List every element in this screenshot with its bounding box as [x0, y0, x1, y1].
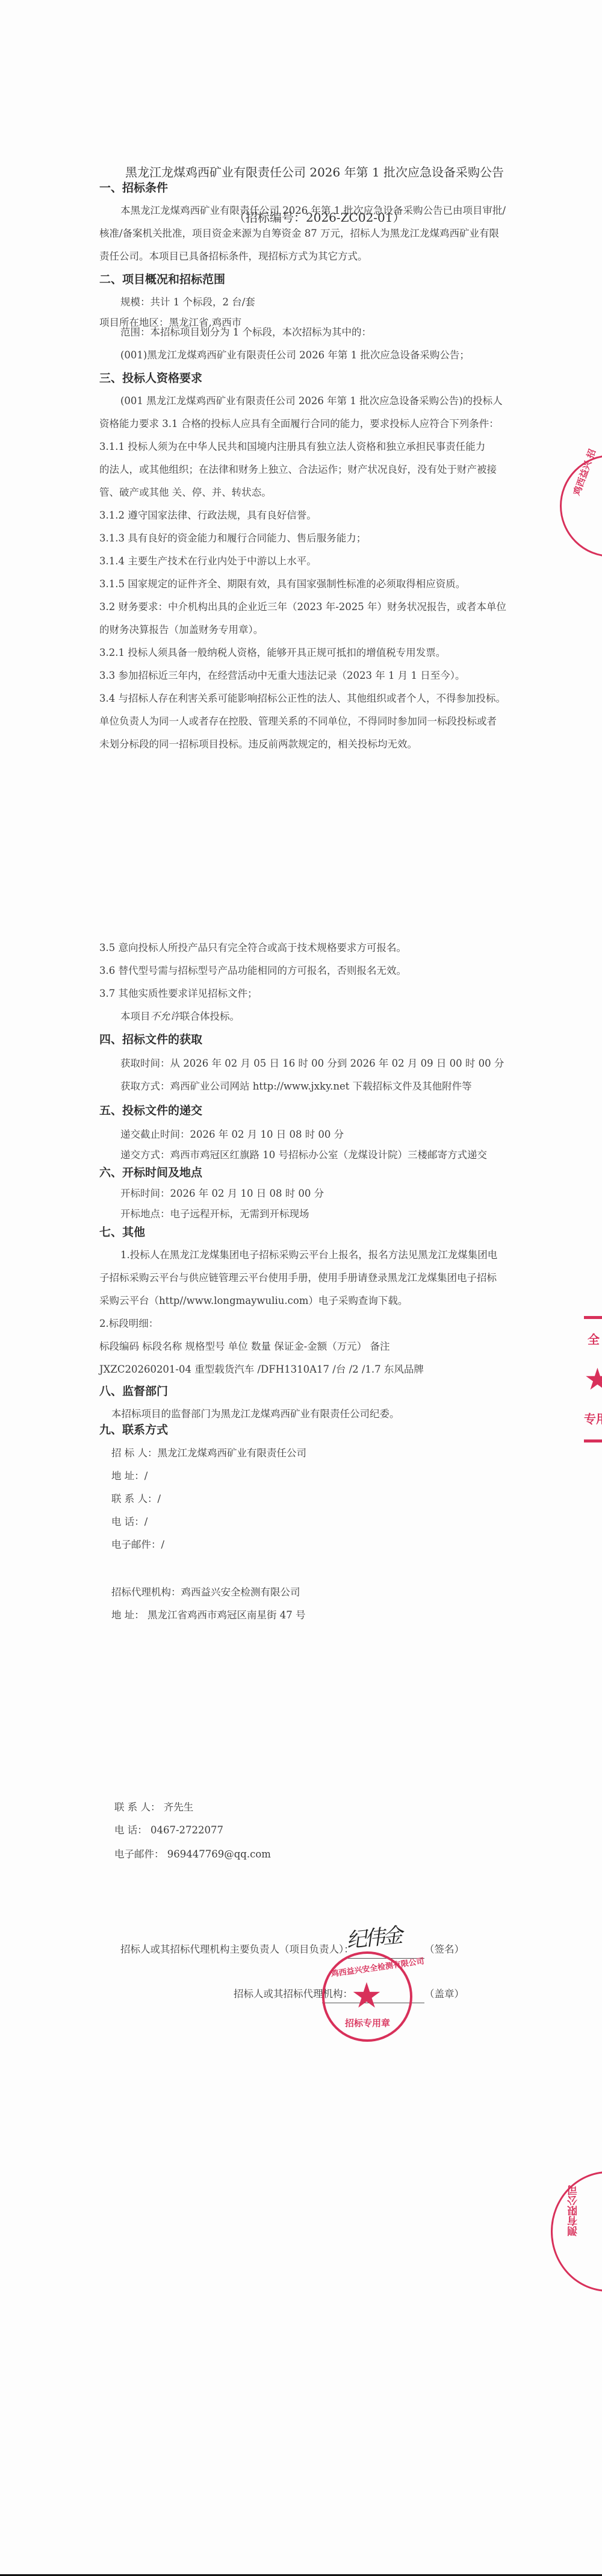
other-line: 子招标采购云平台与供应链管理云平台使用手册，使用手册请登录黑龙江龙煤集团电子招标	[99, 1271, 497, 1285]
qualification-line: 3.3 参加招标近三年内，在经营活动中无重大违法记录（2023 年 1 月 1 …	[99, 669, 465, 682]
edge-seal-2-top: 全	[588, 1330, 600, 1347]
section-1-line: 本黑龙江龙煤鸡西矿业有限责任公司 2026 年第 1 批次应急设备采购公告已由项…	[120, 204, 506, 217]
lot-table-header: 标段编码 标段名称 规格型号 单位 数量 保证金-金额（万元） 备注	[99, 1340, 390, 1353]
consortium-not-allowed: 不允许	[150, 1011, 181, 1022]
section-1-line: 责任公司。本项目已具备招标条件，现招标方式为其它方式。	[99, 250, 368, 263]
qualification-line: 3.1.3 具有良好的资金能力和履行合同能力、售后服务能力；	[99, 532, 366, 545]
agency-address: 地 址： 黑龙江省鸡西市鸡冠区南星街 47 号	[111, 1609, 305, 1622]
document-page: 黑龙江龙煤鸡西矿业有限责任公司 2026 年第 1 批次应急设备采购公告 （招标…	[0, 0, 602, 2576]
qualification-line: 3.1.4 主要生产技术在行业内处于中游以上水平。	[99, 555, 317, 568]
qualification-line: 管、破产或其他 关、停、并、转状态。	[99, 486, 272, 499]
opening-time: 开标时间：2026 年 02 月 10 日 08 时 00 分	[120, 1187, 324, 1200]
signature-suffix: （签名）	[424, 1943, 464, 1956]
seal-suffix: （盖章）	[424, 1988, 464, 2001]
submission-deadline: 递交截止时间：2026 年 02 月 10 日 08 时 00 分	[120, 1128, 344, 1141]
consortium-prefix: 本项目	[120, 1011, 150, 1022]
qualification-line: 资格能力要求 3.1 合格的投标人应具有全面履行合同的能力，要求投标人应符合下列…	[99, 417, 499, 431]
lot-text: (001)黑龙江龙煤鸡西矿业有限责任公司 2026 年第 1 批次应急设备采购公…	[120, 349, 470, 362]
acquisition-method: 获取方式：鸡西矿业公司网站 http://www.jxky.net 下载招标文件…	[120, 1080, 472, 1093]
other-line: 采购云平台（http//www.longmaywuliu.com）电子采购查询下…	[99, 1294, 408, 1308]
acquisition-time: 获取时间：从 2026 年 02 月 05 日 16 时 00 分到 2026 …	[120, 1057, 504, 1070]
tenderer-email: 电子邮件：/	[111, 1538, 164, 1552]
qualification-line: 3.2 财务要求：中介机构出具的企业近三年（2023 年-2025 年）财务状况…	[99, 600, 506, 614]
section-4-heading: 四、招标文件的获取	[99, 1033, 202, 1046]
scope-text: 范围：本招标项目划分为 1 个标段，本次招标为其中的：	[120, 326, 371, 339]
qualification-line: 3.6 替代型号需与招标型号产品功能相同的方可报名，否则报名无效。	[99, 964, 406, 978]
qualification-line: 的财务决算报告（加盖财务专用章）。	[99, 623, 263, 637]
qualification-line: 未划分标段的同一招标项目投标。违反前两款规定的，相关投标均无效。	[99, 738, 417, 751]
qualification-line: 3.1.2 遵守国家法律、行政法规，具有良好信誉。	[99, 509, 317, 522]
edge-seal-1-text: 鸡西益兴 招	[570, 448, 598, 497]
agency-phone: 电 话： 0467-2722077	[114, 1824, 223, 1837]
submission-method: 递交方式：鸡西市鸡冠区红旗路 10 号招标办公室（龙煤设计院）三楼邮寄方式递交	[120, 1149, 487, 1162]
section-1-line: 核准/备案机关批准，项目资金来源为自筹资金 87 万元，招标人为黑龙江龙煤鸡西矿…	[99, 227, 499, 240]
edge-seal-1: 鸡西益兴 招	[560, 455, 602, 557]
section-1-heading: 一、招标条件	[99, 181, 168, 195]
qualification-line: 3.1.5 国家规定的证件齐全、期限有效，具有国家强制性标准的必须取得相应资质。	[99, 578, 465, 591]
edge-seal-2-bottom: 专用	[584, 1409, 602, 1427]
agency-contact: 联 系 人： 齐先生	[114, 1801, 193, 1814]
other-line: 1.投标人在黑龙江龙煤集团电子招标采购云平台上报名，报名方法见黑龙江龙煤集团电	[120, 1249, 497, 1262]
qualification-line: 3.2.1 投标人须具备一般纳税人资格，能够开具正规可抵扣的增值税专用发票。	[99, 646, 445, 660]
consortium-suffix: 联合体投标。	[180, 1011, 240, 1022]
edge-seal-3-text: 测有限公司	[566, 2185, 581, 2236]
signature-head-label: 招标人或其招标代理机构主要负责人（项目负责人）：	[120, 1943, 354, 1956]
section-3-heading: 三、投标人资格要求	[99, 372, 202, 385]
section-6-heading: 六、开标时间及地点	[99, 1166, 202, 1179]
scale-text: 规模：共计 1 个标段，2 台/套	[120, 296, 255, 309]
qualification-line: (001 黑龙江龙煤鸡西矿业有限责任公司 2026 年第 1 批次应急设备采购公…	[120, 395, 503, 408]
edge-seal-3: 测有限公司	[551, 2171, 602, 2292]
qualification-line: 的法人，或其他组织；在法律和财务上独立、合法运作；财产状况良好，没有处于财产被接	[99, 463, 497, 476]
qualification-line: 3.4 与招标人存在利害关系可能影响招标公正性的法人、其他组织或者个人，不得参加…	[99, 692, 506, 705]
agency-name: 招标代理机构：鸡西益兴安全检测有限公司	[111, 1586, 300, 1599]
qualification-line: 3.1.1 投标人须为在中华人民共和国境内注册具有独立法人资格和独立承担民事责任…	[99, 440, 485, 454]
agency-email: 电子邮件： 969447769@qq.com	[114, 1848, 271, 1861]
edge-seal-2-star-icon: ★	[584, 1364, 602, 1394]
tenderer-contact: 联 系 人：/	[111, 1492, 161, 1506]
section-8-heading: 八、监督部门	[99, 1385, 168, 1398]
tenderer-name: 招 标 人：黑龙江龙煤鸡西矿业有限责任公司	[111, 1447, 306, 1460]
lot-table-row: JXZC20260201-04 重型载货汽车 /DFH1310A17 /台 /2…	[99, 1363, 424, 1376]
supervision-text: 本招标项目的监督部门为黑龙江龙煤鸡西矿业有限责任公司纪委。	[111, 1408, 400, 1421]
agency-seal: ★ 鸡西益兴安全检测有限公司 招标专用章	[322, 1951, 412, 2042]
document-title: 黑龙江龙煤鸡西矿业有限责任公司 2026 年第 1 批次应急设备采购公告	[125, 166, 504, 179]
tenderer-address: 地 址：/	[111, 1470, 147, 1483]
seal-inner-text: 招标专用章	[345, 2016, 390, 2029]
edge-seal-2: 全 ★ 专用	[584, 1316, 602, 1442]
consortium-statement: 本项目不允许联合体投标。	[120, 1010, 240, 1023]
section-7-heading: 七、其他	[99, 1226, 145, 1239]
seal-star-icon: ★	[351, 1978, 382, 2013]
qualification-line: 3.7 其他实质性要求详见招标文件；	[99, 987, 258, 1000]
section-2-heading: 二、项目概况和招标范围	[99, 273, 225, 286]
handwritten-signature: 纪伟金	[345, 1918, 402, 1953]
tenderer-phone: 电 话：/	[111, 1515, 147, 1529]
qualification-line: 单位负责人为同一人或者存在控股、管理关系的不同单位，不得同时参加同一标段投标或者	[99, 715, 497, 728]
qualification-line: 3.5 意向投标人所投产品只有完全符合或高于技术规格要求方可报名。	[99, 941, 406, 955]
lot-detail-label: 2.标段明细：	[99, 1317, 158, 1330]
section-5-heading: 五、投标文件的递交	[99, 1104, 202, 1117]
opening-place: 开标地点：电子远程开标，无需到开标现场	[120, 1208, 309, 1221]
section-9-heading: 九、联系方式	[99, 1423, 168, 1436]
